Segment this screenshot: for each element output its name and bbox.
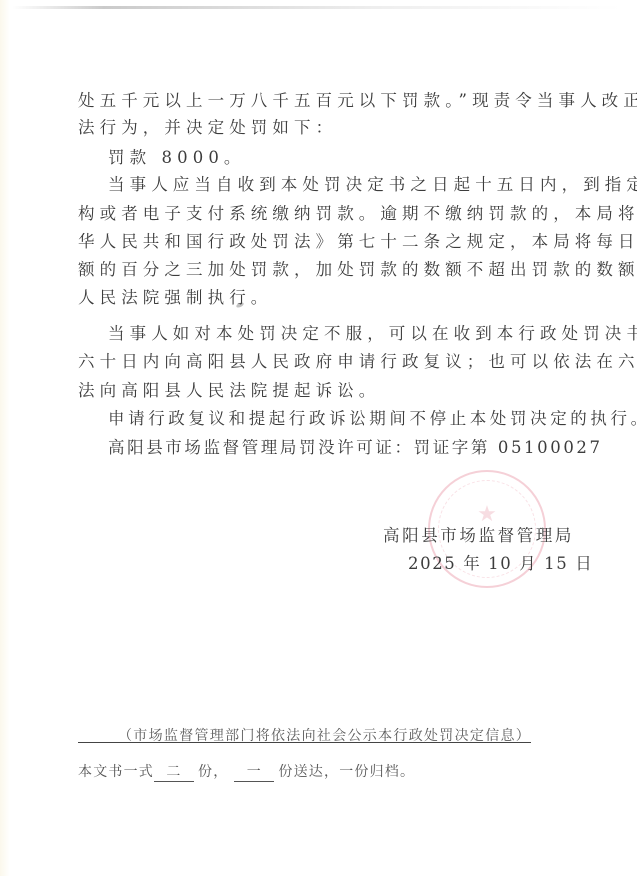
copies-suffix: 份送达，一份归档。 — [278, 764, 415, 780]
copies-statement: 本文书一式二份，一份送达，一份归档。 — [78, 762, 415, 782]
fine-license-number: 高阳县市场监督管理局罚没许可证：罚证字第 05100027 — [108, 434, 586, 462]
copies-served-field: 一 — [234, 764, 274, 782]
payment-paragraph-line-1: 当事人应当自收到本处罚决定书之日起十五日内，到指定代收机 — [108, 171, 586, 199]
payment-paragraph-line-4: 额的百分之三加处罚款，加处罚款的数额不超出罚款的数额，并申请 — [78, 256, 556, 284]
scan-top-edge — [12, 6, 622, 9]
body-line-2: 法行为，并决定处罚如下： — [78, 114, 556, 142]
non-suspension-clause: 申请行政复议和提起行政诉讼期间不停止本处罚决定的执行。 — [108, 405, 586, 433]
payment-paragraph-line-2: 构或者电子支付系统缴纳罚款。逾期不缴纳罚款的，本局将根据《中 — [78, 200, 556, 228]
copies-prefix: 本文书一式 — [78, 764, 154, 780]
appeal-paragraph-line-2: 六十日内向高阳县人民政府申请行政复议；也可以依法在六个月内依 — [78, 348, 556, 376]
payment-paragraph-line-5: 人民法院强制执行。 — [78, 284, 556, 312]
payment-paragraph-line-3: 华人民共和国行政处罚法》第七十二条之规定，本局将每日按罚款数 — [78, 228, 556, 256]
body-line-1: 处五千元以上一万八千五百元以下罚款。”现责令当事人改正上述违 — [78, 87, 556, 115]
issue-date: 2025 年 10 月 15 日 — [408, 550, 593, 578]
penalty-amount: 罚款 8000。 — [108, 144, 586, 172]
issuer-name: 高阳县市场监督管理局 — [383, 522, 574, 550]
appeal-paragraph-line-1: 当事人如对本处罚决定不服，可以在收到本行政处罚决书之日起 — [108, 320, 586, 348]
public-disclosure-notice: （市场监督管理部门将依法向社会公示本行政处罚决定信息） — [118, 726, 531, 746]
document-page: 处五千元以上一万八千五百元以下罚款。”现责令当事人改正上述违 法行为，并决定处罚… — [0, 0, 637, 876]
copies-mid: 份， — [198, 764, 228, 780]
appeal-paragraph-line-3: 法向高阳县人民法院提起诉讼。 — [78, 377, 556, 405]
scan-edge-shadow — [0, 0, 10, 876]
copies-total-field: 二 — [154, 764, 194, 782]
